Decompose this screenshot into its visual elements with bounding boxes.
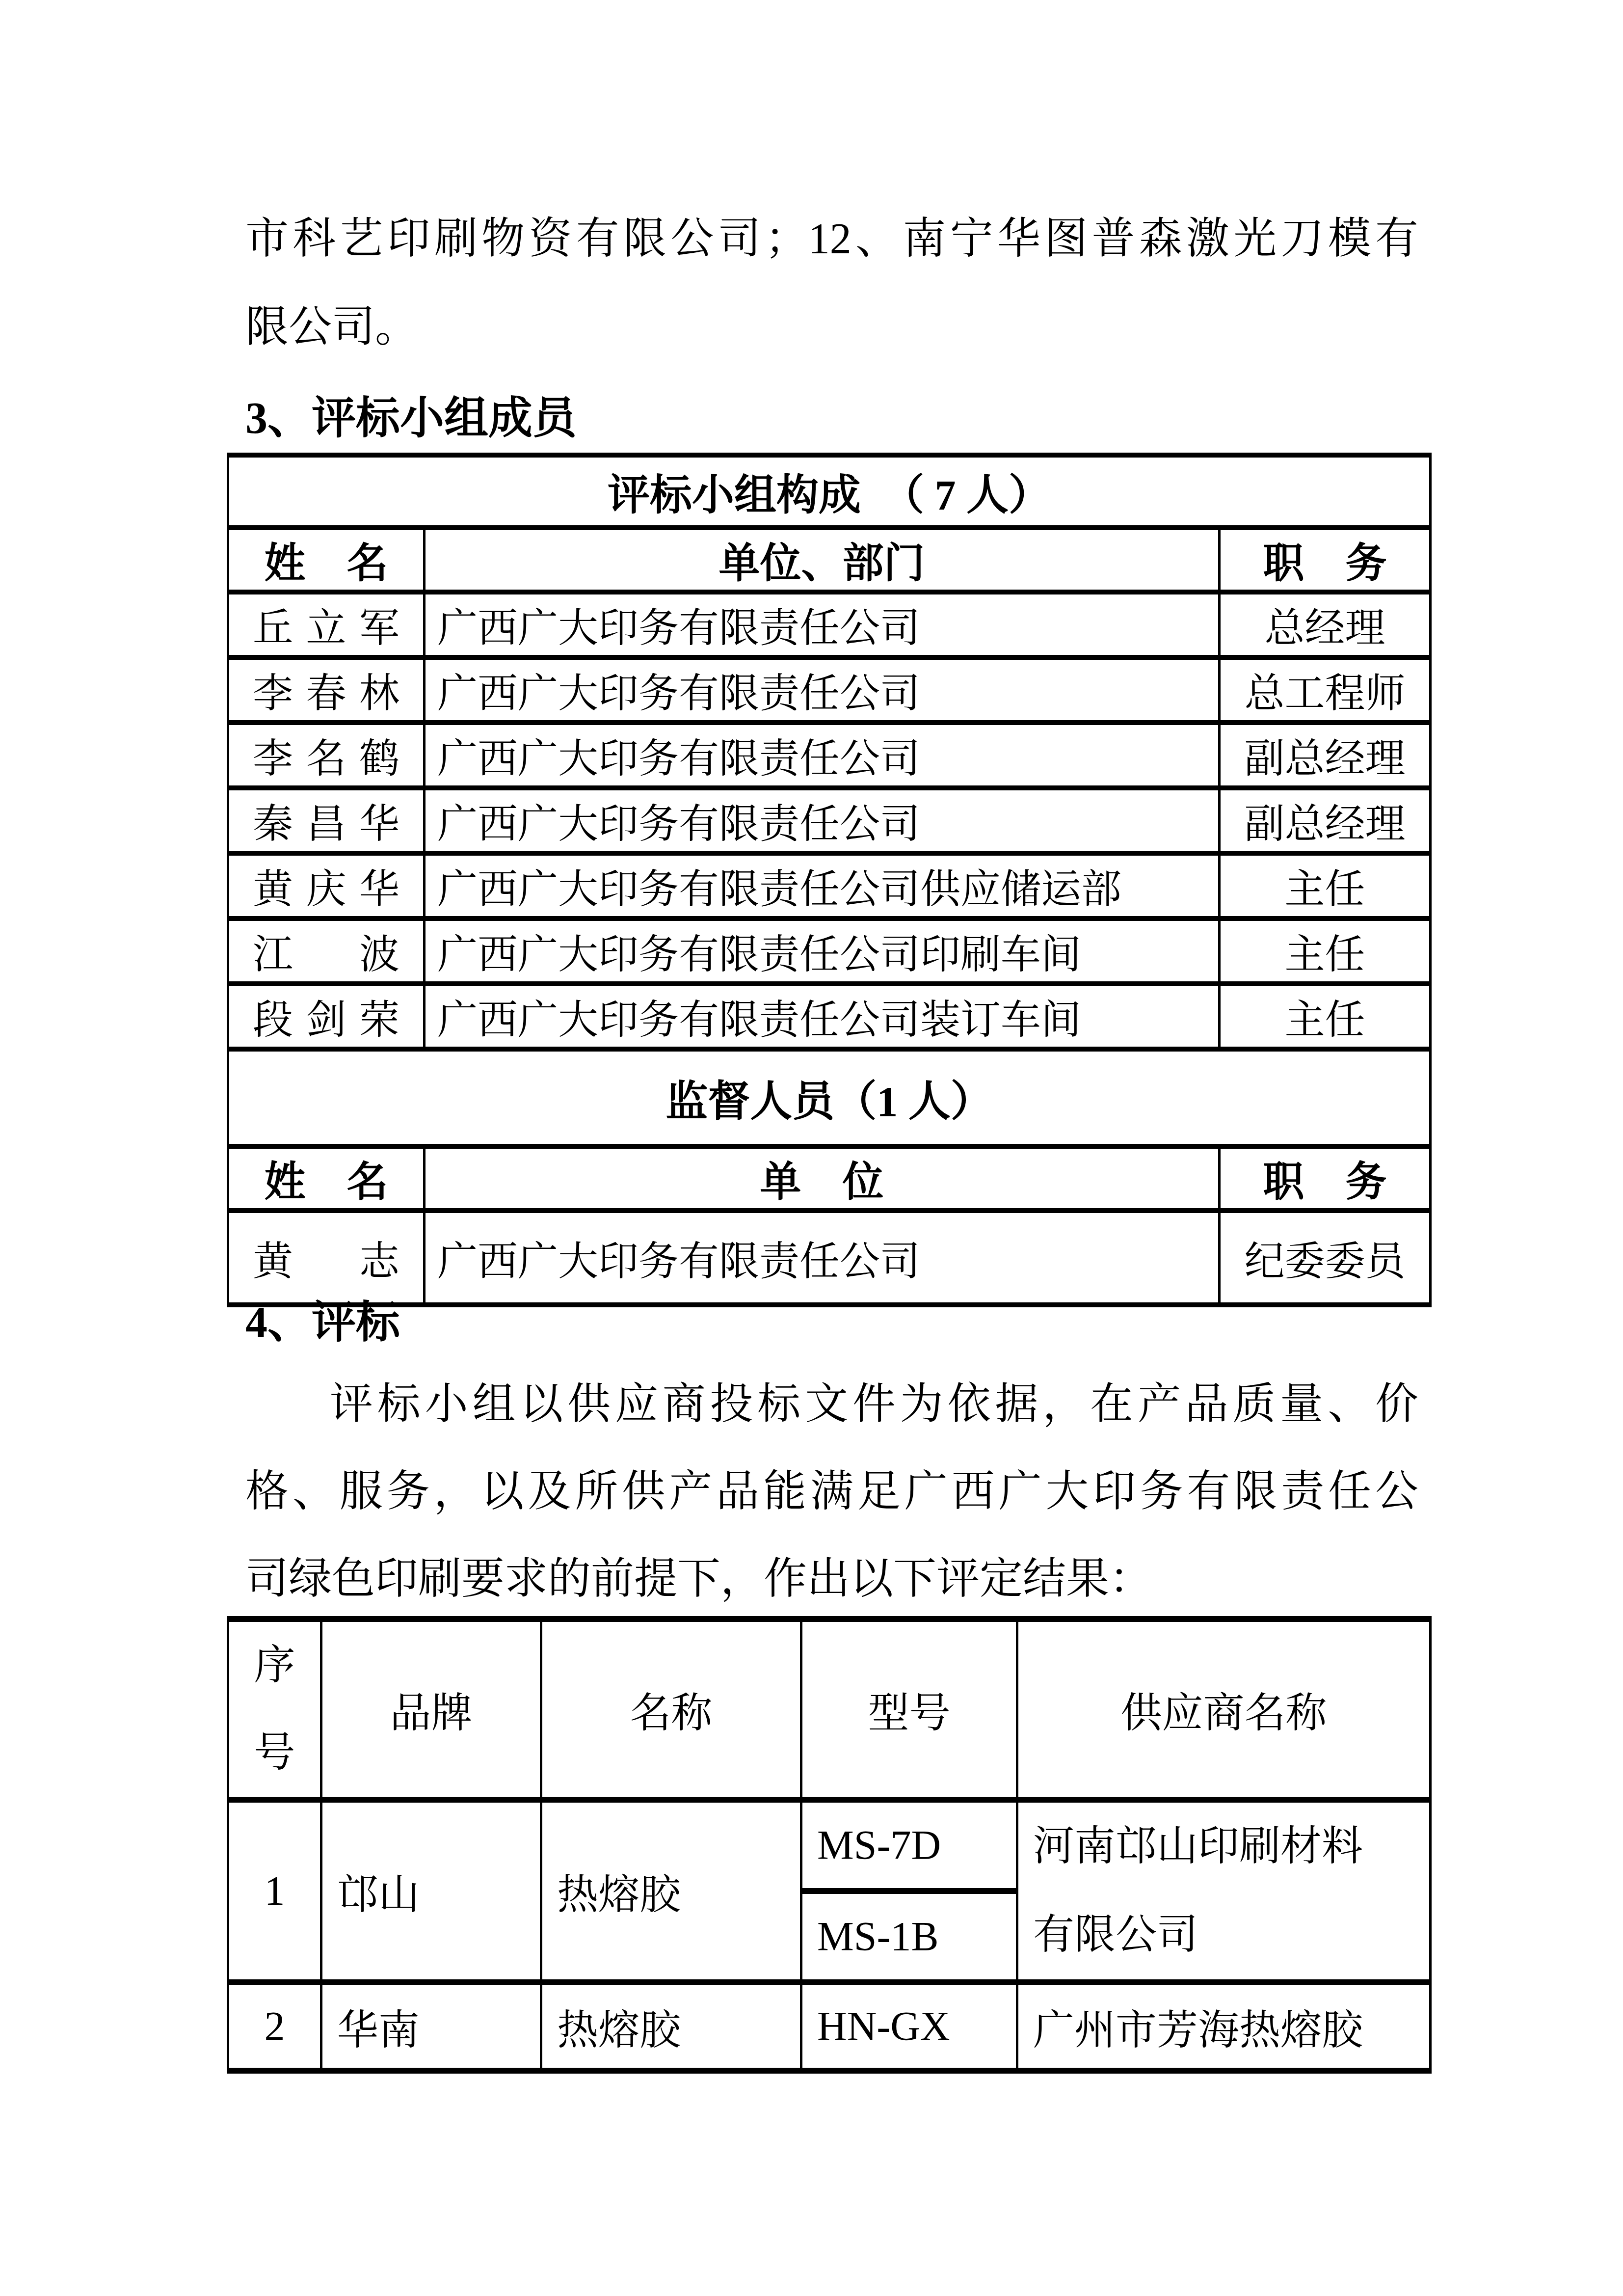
result-supplier: 广州市芳海热熔胶 xyxy=(1017,1982,1431,2071)
header-name: 姓 名 xyxy=(228,528,425,592)
result-model: HN-GX xyxy=(801,1982,1017,2071)
result-brand: 邙山 xyxy=(321,1800,541,1982)
result-header-index: 序号 xyxy=(228,1619,321,1800)
result-model: MS-1B xyxy=(801,1891,1017,1982)
paragraph-line-2: 格、服务，以及所供产品能满足广西广大印务有限责任公 xyxy=(245,1468,1418,1516)
member-name: 秦昌华 xyxy=(228,788,425,853)
committee-header-row: 姓 名 单位、部门 职 务 xyxy=(228,528,1431,592)
member-row: 李名鹤 广西广大印务有限责任公司 副总经理 xyxy=(228,723,1431,788)
member-unit: 广西广大印务有限责任公司供应储运部 xyxy=(425,853,1220,918)
result-header-product: 名称 xyxy=(541,1619,801,1800)
result-product: 热熔胶 xyxy=(541,1800,801,1982)
member-name: 李名鹤 xyxy=(228,723,425,788)
member-row: 丘立军 广西广大印务有限责任公司 总经理 xyxy=(228,592,1431,657)
member-unit: 广西广大印务有限责任公司装订车间 xyxy=(425,984,1220,1049)
supervisor-unit: 广西广大印务有限责任公司 xyxy=(425,1211,1220,1305)
committee-table-title-row: 评标小组构成 （ 7 人） xyxy=(228,455,1431,528)
committee-table-title: 评标小组构成 （ 7 人） xyxy=(228,455,1431,528)
section-4-heading: 4、评标 xyxy=(245,1300,400,1347)
result-row-2: 2 华南 热熔胶 HN-GX 广州市芳海热熔胶 xyxy=(228,1982,1431,2071)
supervisor-header-row: 姓 名 单 位 职 务 xyxy=(228,1146,1431,1211)
supervisor-position: 纪委委员 xyxy=(1220,1211,1431,1305)
member-unit: 广西广大印务有限责任公司印刷车间 xyxy=(425,918,1220,984)
member-position: 主任 xyxy=(1220,918,1431,984)
supervisor-row: 黄 志 广西广大印务有限责任公司 纪委委员 xyxy=(228,1211,1431,1305)
member-name: 江 波 xyxy=(228,918,425,984)
member-unit: 广西广大印务有限责任公司 xyxy=(425,657,1220,723)
result-header-row: 序号 品牌 名称 型号 供应商名称 xyxy=(228,1619,1431,1800)
member-position: 副总经理 xyxy=(1220,723,1431,788)
member-unit: 广西广大印务有限责任公司 xyxy=(425,788,1220,853)
supervisor-header-unit: 单 位 xyxy=(425,1146,1220,1211)
member-position: 总经理 xyxy=(1220,592,1431,657)
member-unit: 广西广大印务有限责任公司 xyxy=(425,723,1220,788)
member-name: 黄庆华 xyxy=(228,853,425,918)
member-position: 总工程师 xyxy=(1220,657,1431,723)
result-supplier-line: 有限公司 xyxy=(1033,1891,1414,1979)
section-3-heading: 3、评标小组成员 xyxy=(245,396,577,442)
member-row: 秦昌华 广西广大印务有限责任公司 副总经理 xyxy=(228,788,1431,853)
supervisor-title-row: 监督人员（1 人） xyxy=(228,1049,1431,1146)
result-index: 2 xyxy=(228,1982,321,2071)
intro-line-1: 市科艺印刷物资有限公司；12、南宁华图普森激光刀模有 xyxy=(245,215,1418,264)
document-page: 市科艺印刷物资有限公司；12、南宁华图普森激光刀模有 限公司。 3、评标小组成员… xyxy=(0,0,1623,2296)
paragraph-line-1: 评标小组以供应商投标文件为依据，在产品质量、价 xyxy=(245,1380,1418,1429)
result-row-1a: 1 邙山 热熔胶 MS-7D 河南邙山印刷材料 有限公司 xyxy=(228,1800,1431,1891)
result-model: MS-7D xyxy=(801,1800,1017,1891)
member-position: 副总经理 xyxy=(1220,788,1431,853)
result-header-index-label: 序号 xyxy=(252,1622,297,1797)
result-brand: 华南 xyxy=(321,1982,541,2071)
supervisor-title: 监督人员（1 人） xyxy=(228,1049,1431,1146)
member-name: 李春林 xyxy=(228,657,425,723)
member-position: 主任 xyxy=(1220,853,1431,918)
member-name: 丘立军 xyxy=(228,592,425,657)
paragraph-line-3: 司绿色印刷要求的前提下，作出以下评定结果： xyxy=(245,1555,1418,1604)
member-row: 李春林 广西广大印务有限责任公司 总工程师 xyxy=(228,657,1431,723)
result-supplier: 河南邙山印刷材料 有限公司 xyxy=(1017,1800,1431,1982)
supervisor-header-name: 姓 名 xyxy=(228,1146,425,1211)
member-row: 黄庆华 广西广大印务有限责任公司供应储运部 主任 xyxy=(228,853,1431,918)
member-position: 主任 xyxy=(1220,984,1431,1049)
member-unit: 广西广大印务有限责任公司 xyxy=(425,592,1220,657)
result-header-supplier: 供应商名称 xyxy=(1017,1619,1431,1800)
header-position: 职 务 xyxy=(1220,528,1431,592)
result-header-brand: 品牌 xyxy=(321,1619,541,1800)
committee-table: 评标小组构成 （ 7 人） 姓 名 单位、部门 职 务 丘立军 广西广大印务有限… xyxy=(227,453,1432,1307)
header-unit: 单位、部门 xyxy=(425,528,1220,592)
member-row: 段剑荣 广西广大印务有限责任公司装订车间 主任 xyxy=(228,984,1431,1049)
supervisor-header-position: 职 务 xyxy=(1220,1146,1431,1211)
supervisor-name: 黄 志 xyxy=(228,1211,425,1305)
member-row: 江 波 广西广大印务有限责任公司印刷车间 主任 xyxy=(228,918,1431,984)
result-supplier-line: 河南邙山印刷材料 xyxy=(1033,1803,1414,1891)
result-table: 序号 品牌 名称 型号 供应商名称 1 邙山 热熔胶 MS-7D 河南邙山印刷材… xyxy=(227,1616,1432,2074)
intro-line-2: 限公司。 xyxy=(245,303,1418,352)
member-name: 段剑荣 xyxy=(228,984,425,1049)
result-product: 热熔胶 xyxy=(541,1982,801,2071)
result-header-model: 型号 xyxy=(801,1619,1017,1800)
result-index: 1 xyxy=(228,1800,321,1982)
